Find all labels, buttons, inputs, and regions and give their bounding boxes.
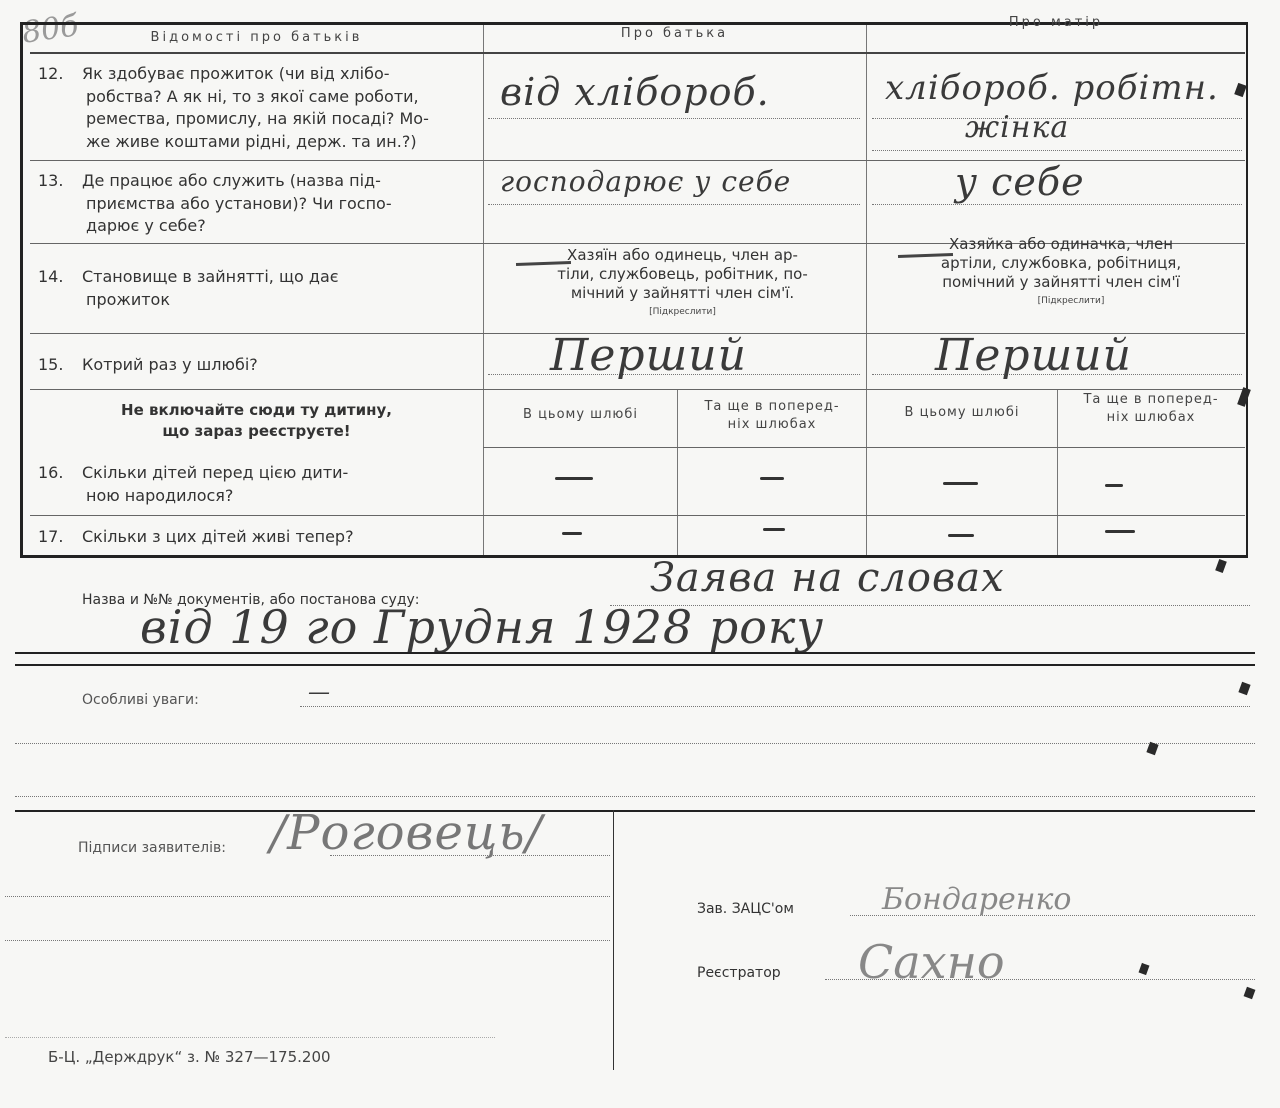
signature-line [5,896,610,897]
question-12: 12.Як здобуває прожиток (чи від хлібо- р… [38,63,480,153]
header-father: Про батька [483,26,866,41]
subheader-line: Та ще в поперед- [1058,391,1244,409]
answer-12-father: від хлібороб. [500,70,770,114]
documents-value-cont: від 19 го Грудня 1928 року [140,600,824,654]
exclusion-note: Не включайте сюди ту дитину, що зараз ре… [30,400,483,442]
answer-line [872,150,1242,151]
signature-line [5,940,610,941]
question-number: 16. [38,462,82,485]
employment-options-father: Хазяїн або одинець, член ар- тіли, служб… [505,246,860,322]
question-number: 17. [38,526,82,549]
question-line: Скільки дітей перед цією дити- [82,463,348,482]
question-line: дарює у себе? [38,215,480,238]
section-divider [15,810,1255,812]
question-number: 12. [38,63,82,86]
col-divider [866,25,867,555]
registry-head-signature: Бондаренко [882,882,1071,917]
remarks-label: Особливі уваги: [82,692,199,708]
applicant-signature-value: /Роговець/ [270,805,543,861]
subheader-line: Та ще в поперед- [678,398,866,416]
registrar-label: Реєстратор [697,965,781,981]
remarks-line [15,796,1255,797]
question-line: Котрий раз у шлюбі? [82,355,258,374]
question-number: 14. [38,266,82,289]
subheader-father-previous-marriages: Та ще в поперед- ніх шлюбах [678,398,866,434]
answer-17-mother-this [948,534,974,537]
answer-line [872,204,1242,205]
binding-hole [1238,682,1250,695]
note-line: що зараз реєструєте! [30,421,483,442]
answer-17-father-this [562,532,582,535]
option-line: помічний у зайнятті член сім'ї [886,273,1236,292]
answer-15-mother: Перший [935,330,1132,381]
binding-hole [1244,987,1256,999]
option-line: тіли, службовець, робітник, по- [505,265,860,284]
section-divider [15,664,1255,666]
binding-hole [1139,963,1150,975]
section-divider [15,652,1255,654]
question-line: ною народилося? [38,485,480,508]
employment-options-mother: Хазяйка або одиначка, член артіли, служб… [886,235,1236,311]
registrar-signature: Сахно [858,935,1005,989]
option-line: Хазяйка або одиначка, член [886,235,1236,254]
registry-head-label: Зав. ЗАЦС'ом [697,901,794,917]
answer-17-mother-previous [1105,530,1135,533]
row-divider [30,52,1245,54]
question-line: же живе коштами рідні, держ. та ин.?) [38,131,480,154]
question-line: приємства або установи)? Чи госпо- [38,193,480,216]
question-line: Становище в зайнятті, що дає [82,267,339,286]
note-line: Не включайте сюди ту дитину, [30,400,483,421]
question-13: 13.Де працює або служить (назва під- при… [38,170,480,238]
option-line: артіли, службовка, робітниця, [886,254,1236,273]
bottom-divider [613,810,614,1070]
question-line: Де працює або служить (назва під- [82,171,381,190]
question-17: 17.Скільки з цих дітей живі тепер? [38,526,480,549]
row-divider [30,515,1245,516]
remarks-line [300,706,1250,707]
option-line: мічний у зайнятті член сім'ї. [505,284,860,303]
question-line: ремества, промислу, на якій посаді? Мо- [38,108,480,131]
answer-17-father-previous [763,528,785,531]
answer-12-mother: хлібороб. робітн. [885,68,1219,108]
underline-hint: [Підкреслити] [886,292,1236,311]
signature-line [330,855,610,856]
question-number: 13. [38,170,82,193]
answer-line [488,118,860,119]
underline-hint: [Підкреслити] [505,303,860,322]
answer-15-father: Перший [550,330,747,381]
subheader-line: ніх шлюбах [1058,409,1244,427]
subheader-mother-previous-marriages: Та ще в поперед- ніх шлюбах [1058,391,1244,427]
question-line: робства? А як ні, то з якої саме роботи, [38,86,480,109]
documents-value: Заява на словах [650,555,1005,601]
binding-hole [1146,742,1158,755]
answer-16-father-this [555,477,593,480]
question-line: Як здобуває прожиток (чи від хлібо- [82,64,390,83]
question-15: 15.Котрий раз у шлюбі? [38,354,480,377]
header-parents-info: Відомості про батьків [30,30,483,45]
question-number: 15. [38,354,82,377]
question-line: прожиток [38,289,480,312]
question-line: Скільки з цих дітей живі тепер? [82,527,354,546]
row-divider [483,447,1245,448]
binding-hole [1215,559,1227,573]
header-mother: Про матір [866,15,1246,30]
printer-imprint: Б-Ц. „Держдрук“ з. № 327—175.200 [48,1048,331,1066]
subheader-line: ніх шлюбах [678,416,866,434]
answer-13-father: господарює у себе [500,165,791,198]
applicant-signature-label: Підписи заявителів: [78,840,226,856]
col-divider [483,25,484,555]
question-16: 16.Скільки дітей перед цією дити- ною на… [38,462,480,507]
remarks-line [15,743,1255,744]
answer-16-mother-this [943,482,978,485]
answer-line [488,204,860,205]
answer-16-father-previous [760,477,784,480]
answer-16-mother-previous [1105,484,1123,487]
subheader-father-this-marriage: В цьому шлюбі [484,407,677,422]
remarks-value: — [308,680,331,705]
answer-12-mother-cont: жінка [965,110,1069,145]
row-divider [30,389,1245,390]
subheader-mother-this-marriage: В цьому шлюбі [867,405,1057,420]
question-14: 14.Становище в зайнятті, що дає прожиток [38,266,480,311]
answer-13-mother: у себе [955,160,1085,204]
imprint-line [5,1037,495,1038]
